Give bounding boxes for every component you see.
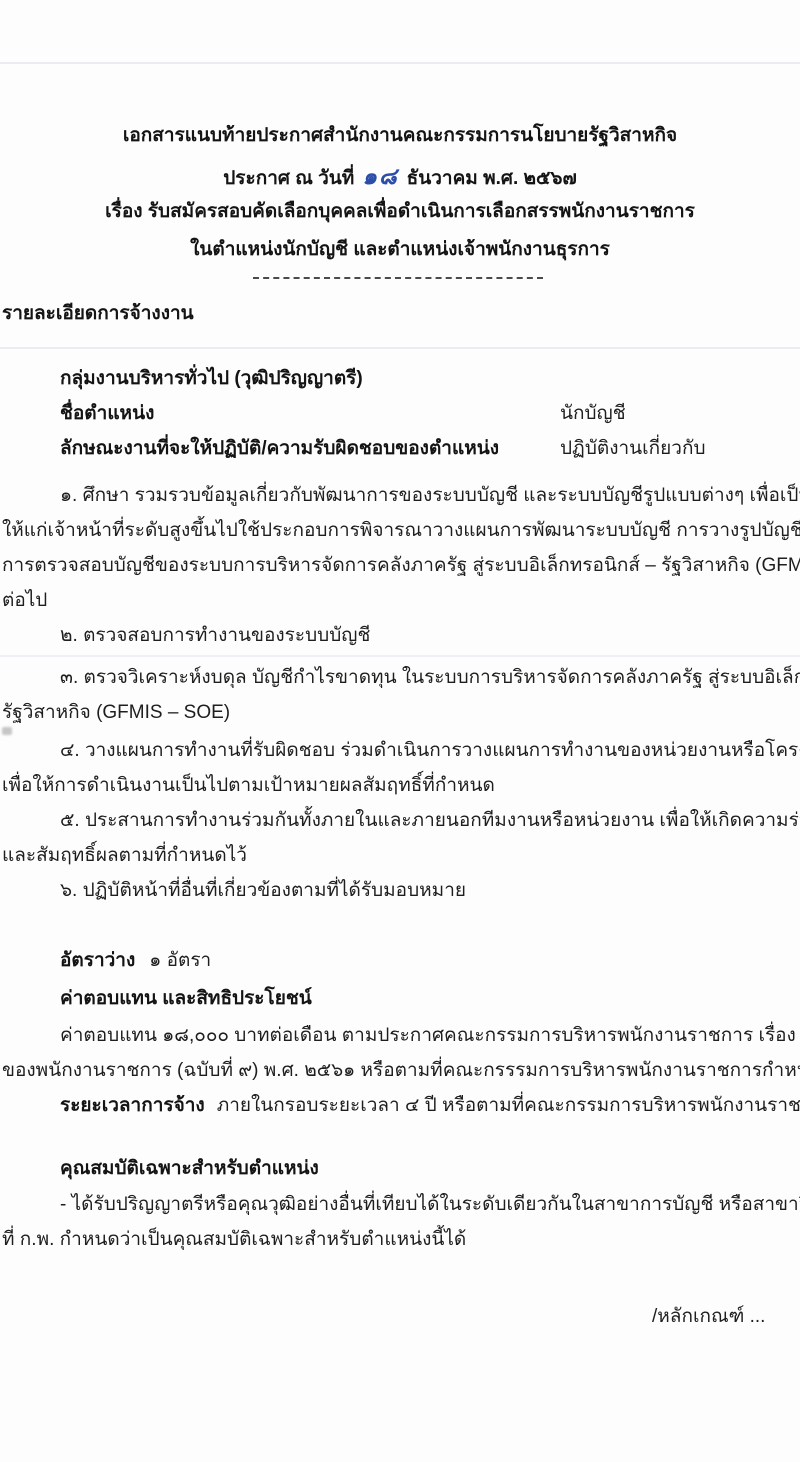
next-page-reference: /หลักเกณฑ์ ... <box>652 1303 765 1331</box>
duration-text: ภายในกรอบระยะเวลา ๔ ปี หรือตามที่คณะกรรม… <box>217 1095 800 1116</box>
date-suffix: ธันวาคม พ.ศ. ๒๕๖๗ <box>407 168 577 189</box>
vacancy-label: อัตราว่าง <box>60 950 135 971</box>
handwritten-day: ๑๘ <box>354 163 406 189</box>
position-title-value: นักบัญชี <box>560 400 626 428</box>
position-title-label: ชื่อตำแหน่ง <box>60 400 154 428</box>
compensation-header: ค่าตอบแทน และสิทธิประโยชน์ <box>60 985 312 1013</box>
duty-1-line-4: ต่อไป <box>2 587 47 615</box>
dashed-divider <box>253 277 543 279</box>
positions-line: ในตำแหน่งนักบัญชี และตำแหน่งเจ้าพนักงานธ… <box>0 236 800 264</box>
subject-line: เรื่อง รับสมัครสอบคัดเลือกบุคคลเพื่อดำเน… <box>0 198 800 226</box>
document-title: เอกสารแนบท้ายประกาศสำนักงานคณะกรรมการนโย… <box>0 122 800 150</box>
duty-6: ๖. ปฏิบัติหน้าที่อื่นที่เกี่ยวข้องตามที่… <box>60 877 466 905</box>
duty-1-line-3: การตรวจสอบบัญชีของระบบการบริหารจัดการคลั… <box>2 552 800 580</box>
duty-5-line-1: ๕. ประสานการทำงานร่วมกันทั้งภายในและภายน… <box>60 807 800 835</box>
qualification-line-2: ที่ ก.พ. กำหนดว่าเป็นคุณสมบัติเฉพาะสำหรั… <box>2 1226 466 1254</box>
scan-speck <box>2 727 12 735</box>
duty-1-line-2: ให้แก่เจ้าหน้าที่ระดับสูงขึ้นไปใช้ประกอบ… <box>2 517 800 545</box>
compensation-line-2: ของพนักงานราชการ (ฉบับที่ ๙) พ.ศ. ๒๕๖๑ ห… <box>2 1057 800 1085</box>
vacancy-line: อัตราว่าง๑ อัตรา <box>60 947 211 975</box>
job-group: กลุ่มงานบริหารทั่วไป (วุฒิปริญญาตรี) <box>60 365 363 393</box>
announcement-date-line: ประกาศ ณ วันที่๑๘ธันวาคม พ.ศ. ๒๕๖๗ <box>0 160 800 193</box>
job-nature-label: ลักษณะงานที่จะให้ปฏิบัติ/ความรับผิดชอบขอ… <box>60 435 499 463</box>
scan-line-lower <box>0 655 800 657</box>
duration-label: ระยะเวลาการจ้าง <box>60 1095 205 1116</box>
duty-4-line-1: ๔. วางแผนการทำงานที่รับผิดชอบ ร่วมดำเนิน… <box>60 737 800 765</box>
qualification-header: คุณสมบัติเฉพาะสำหรับตำแหน่ง <box>60 1155 319 1183</box>
compensation-line-1: ค่าตอบแทน ๑๘,๐๐๐ บาทต่อเดือน ตามประกาศคณ… <box>60 1022 800 1050</box>
employment-duration-line: ระยะเวลาการจ้างภายในกรอบระยะเวลา ๔ ปี หร… <box>60 1092 800 1120</box>
job-nature-value: ปฏิบัติงานเกี่ยวกับ <box>560 435 706 463</box>
document-page: เอกสารแนบท้ายประกาศสำนักงานคณะกรรมการนโย… <box>0 0 800 1462</box>
duty-4-line-2: เพื่อให้การดำเนินงานเป็นไปตามเป้าหมายผลส… <box>2 772 495 800</box>
duty-2: ๒. ตรวจสอบการทำงานของระบบบัญชี <box>60 622 370 650</box>
scan-line-top <box>0 62 800 64</box>
vacancy-value: ๑ อัตรา <box>149 950 211 971</box>
scan-line-middle <box>0 347 800 349</box>
duty-1-line-1: ๑. ศึกษา รวมรวบข้อมูลเกี่ยวกับพัฒนาการขอ… <box>60 482 800 510</box>
duty-5-line-2: และสัมฤทธิ์ผลตามที่กำหนดไว้ <box>2 842 247 870</box>
qualification-line-1: - ได้รับปริญญาตรีหรือคุณวุฒิอย่างอื่นที่… <box>60 1191 800 1219</box>
section-title: รายละเอียดการจ้างงาน <box>2 300 194 328</box>
date-prefix: ประกาศ ณ วันที่ <box>223 168 354 189</box>
duty-3-line-2: รัฐวิสาหกิจ (GFMIS – SOE) <box>2 699 230 727</box>
duty-3-line-1: ๓. ตรวจวิเคราะห์งบดุล บัญชีกำไรขาดทุน ใน… <box>60 664 800 692</box>
